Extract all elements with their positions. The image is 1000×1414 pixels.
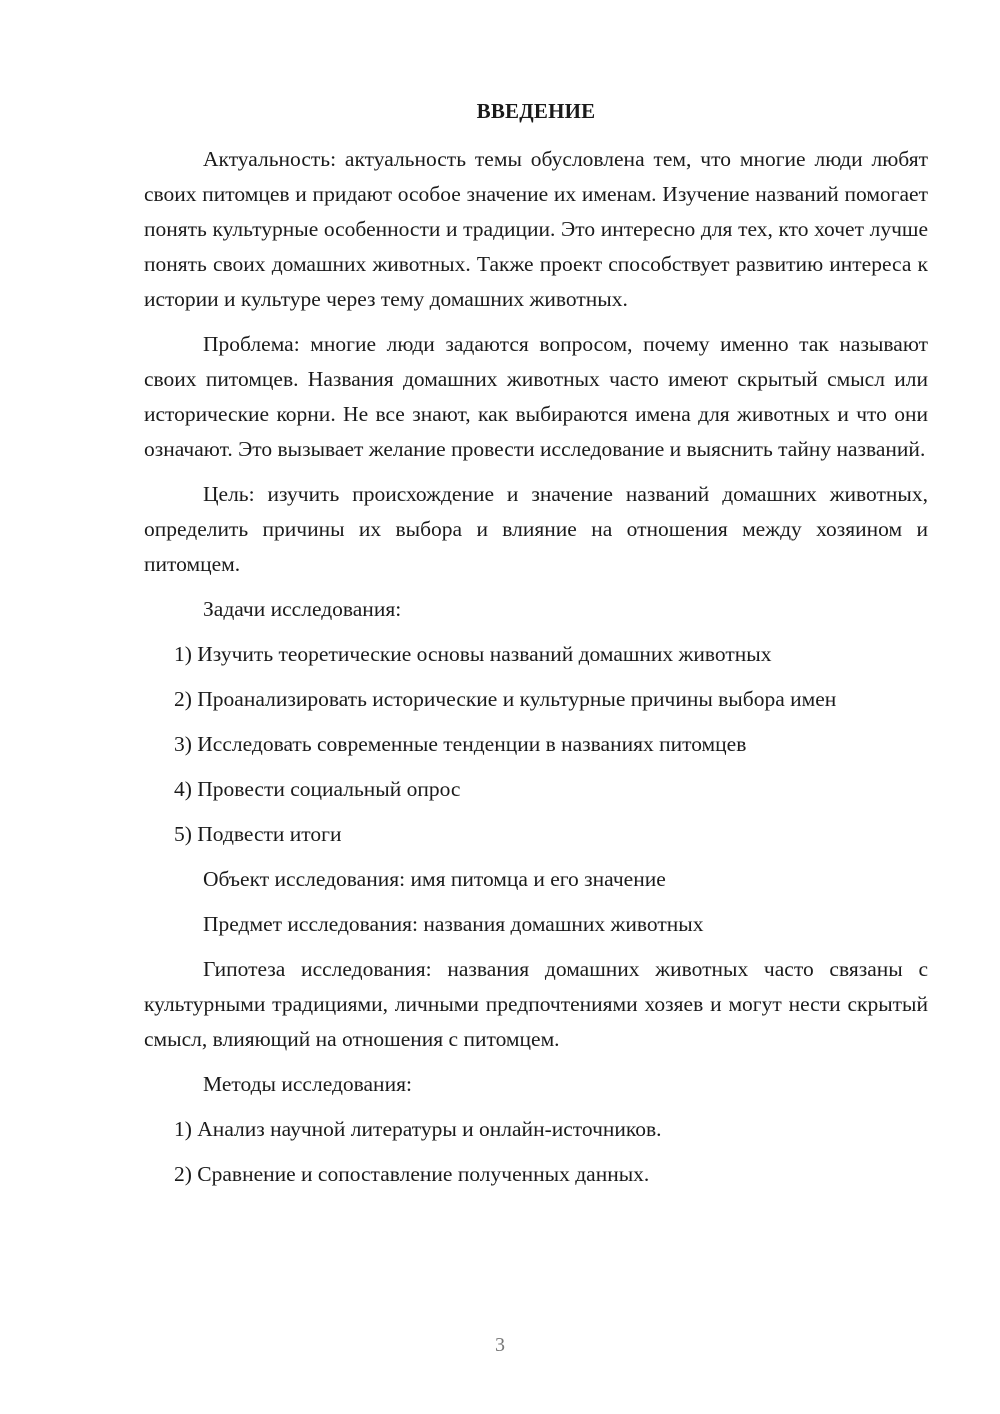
problem-paragraph: Проблема: многие люди задаются вопросом,… — [144, 327, 928, 467]
task-item: 5) Подвести итоги — [144, 817, 928, 852]
page-number: 3 — [0, 1334, 1000, 1357]
object-paragraph: Объект исследования: имя питомца и его з… — [144, 862, 928, 897]
task-item: 1) Изучить теоретические основы названий… — [144, 637, 928, 672]
method-item: 1) Анализ научной литературы и онлайн-ис… — [144, 1112, 928, 1147]
document-page: ВВЕДЕНИЕ Актуальность: актуальность темы… — [144, 96, 928, 1202]
task-item: 3) Исследовать современные тенденции в н… — [144, 727, 928, 762]
subject-paragraph: Предмет исследования: названия домашних … — [144, 907, 928, 942]
section-title: ВВЕДЕНИЕ — [144, 96, 928, 126]
hypothesis-paragraph: Гипотеза исследования: названия домашних… — [144, 952, 928, 1057]
relevance-paragraph: Актуальность: актуальность темы обусловл… — [144, 142, 928, 317]
tasks-heading: Задачи исследования: — [144, 592, 928, 627]
task-item: 2) Проанализировать исторические и культ… — [144, 682, 928, 717]
goal-paragraph: Цель: изучить происхождение и значение н… — [144, 477, 928, 582]
method-item: 2) Сравнение и сопоставление полученных … — [144, 1157, 928, 1192]
task-item: 4) Провести социальный опрос — [144, 772, 928, 807]
methods-heading: Методы исследования: — [144, 1067, 928, 1102]
